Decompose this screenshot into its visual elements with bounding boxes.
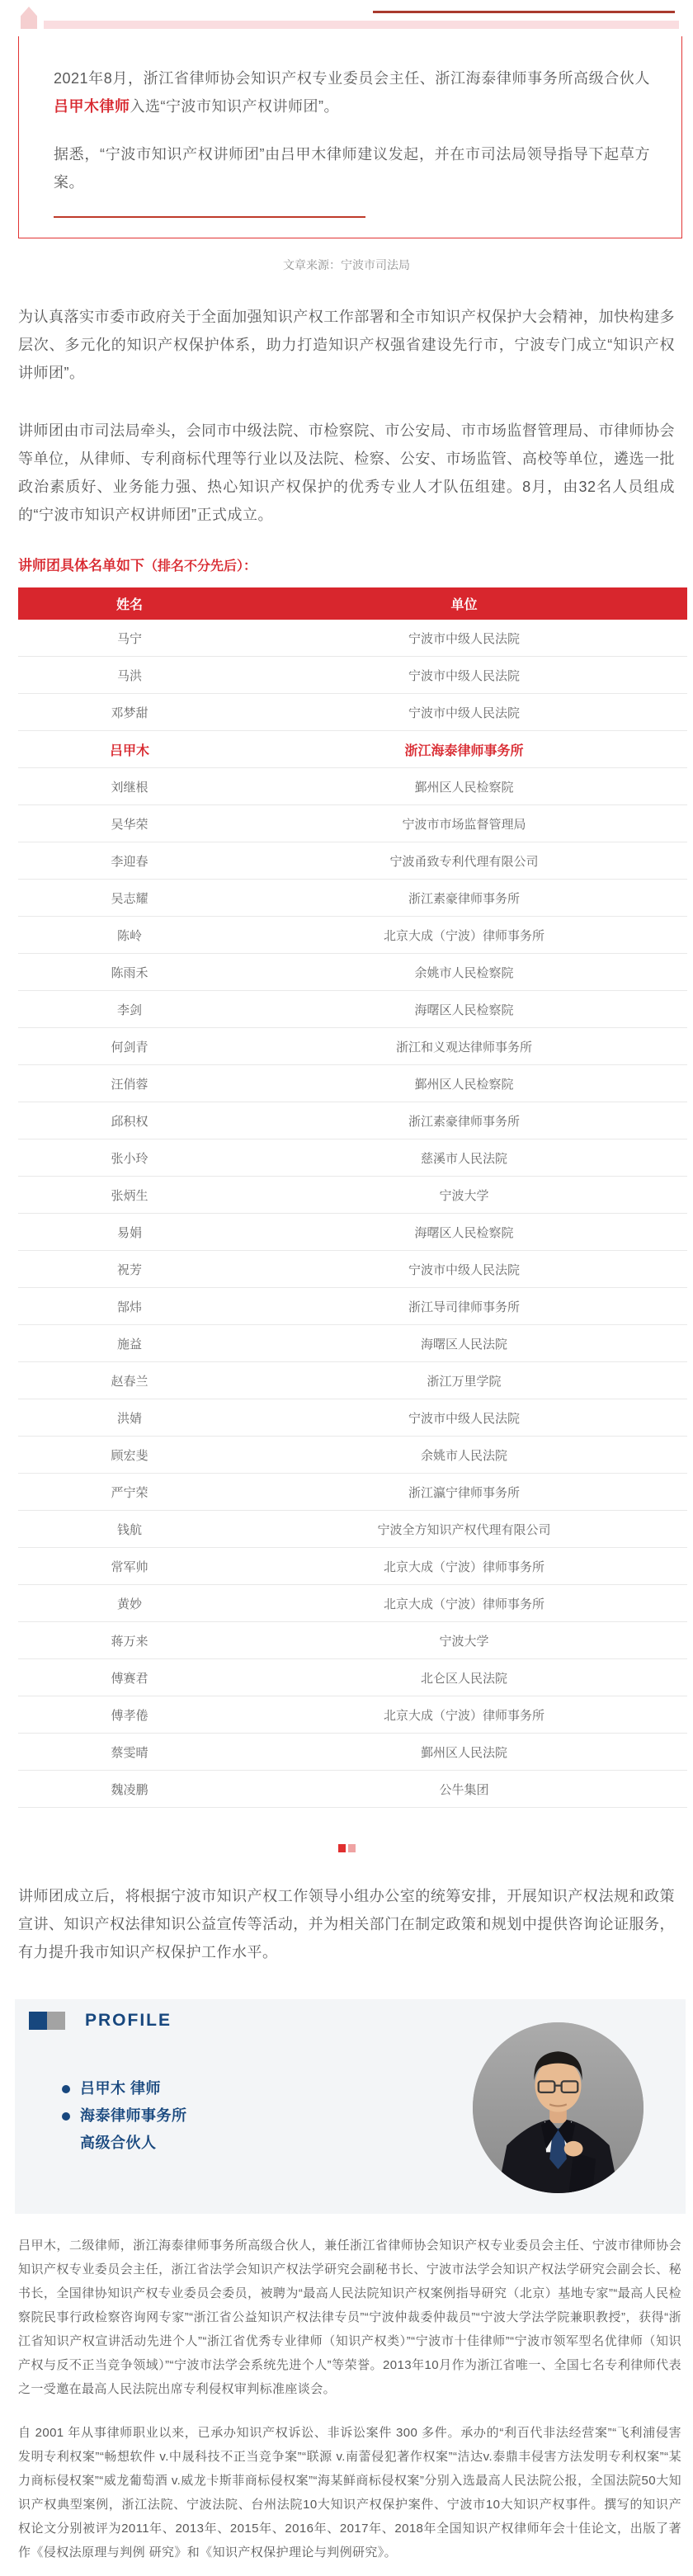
member-org: 宁波市中级人民法院 <box>241 620 687 657</box>
top-pink-bar <box>44 21 679 29</box>
member-name: 顾宏斐 <box>18 1437 241 1474</box>
member-name: 吴华荣 <box>18 805 241 842</box>
table-row: 蒋万来 宁波大学 <box>18 1622 687 1659</box>
col-header-name: 姓名 <box>18 587 241 620</box>
member-name: 易娟 <box>18 1214 241 1251</box>
member-org: 浙江和义观达律师事务所 <box>241 1028 687 1065</box>
article-page: 2021年8月，浙江省律师协会知识产权专业委员会主任、浙江海泰律师事务所高级合伙… <box>0 0 693 2576</box>
quote-p1-prefix: 2021年8月，浙江省律师协会知识产权专业委员会主任、浙江海泰律师事务所高级合伙… <box>54 70 650 87</box>
profile-name-text: 吕甲木 律师 <box>80 2075 161 2102</box>
profile-firm-line: 海泰律师事务所 <box>62 2102 187 2130</box>
profile-header: PROFILE <box>29 2011 172 2031</box>
member-name: 吴志耀 <box>18 880 241 917</box>
profile-info-list: 吕甲木 律师 海泰律师事务所 高级合伙人 <box>62 2075 187 2157</box>
table-row: 李剑 海曙区人民检察院 <box>18 991 687 1028</box>
member-org: 公牛集团 <box>241 1771 687 1808</box>
member-org: 海曙区人民检察院 <box>241 1214 687 1251</box>
table-row: 邓梦甜 宁波市中级人民法院 <box>18 694 687 731</box>
member-name: 蒋万来 <box>18 1622 241 1659</box>
table-row: 易娟 海曙区人民检察院 <box>18 1214 687 1251</box>
arrow-up-icon <box>21 7 37 29</box>
table-row: 严宁荣 浙江瀛宁律师事务所 <box>18 1474 687 1511</box>
table-row: 蔡雯晴 鄞州区人民法院 <box>18 1734 687 1771</box>
member-org: 北仑区人民法院 <box>241 1659 687 1696</box>
member-name: 陈岭 <box>18 917 241 954</box>
member-org: 宁波甬致专利代理有限公司 <box>241 842 687 880</box>
profile-card: PROFILE 吕甲木 律师 海泰律师事务所 高级合伙人 <box>15 1999 686 2214</box>
member-name: 蔡雯晴 <box>18 1734 241 1771</box>
profile-role-line: 高级合伙人 <box>62 2130 187 2157</box>
member-name: 张炳生 <box>18 1177 241 1214</box>
member-name: 魏凌鹏 <box>18 1771 241 1808</box>
top-accent-line <box>373 11 675 13</box>
member-org: 宁波市中级人民法院 <box>241 694 687 731</box>
member-org: 北京大成（宁波）律师事务所 <box>241 917 687 954</box>
highlighted-lawyer-name: 吕甲木律师 <box>54 98 130 115</box>
member-name: 邱积权 <box>18 1102 241 1139</box>
roster-heading-main: 讲师团具体名单如下 <box>18 558 144 573</box>
quote-paragraph-2: 据悉，“宁波市知识产权讲师团”由吕甲木律师建议发起，并在市司法局领导指导下起草方… <box>54 140 650 196</box>
member-org: 北京大成（宁波）律师事务所 <box>241 1585 687 1622</box>
member-org: 浙江素豪律师事务所 <box>241 880 687 917</box>
member-name: 祝芳 <box>18 1251 241 1288</box>
roster-heading-note: （排名不分先后）： <box>144 559 257 573</box>
member-name: 钱航 <box>18 1511 241 1548</box>
table-row: 魏凌鹏 公牛集团 <box>18 1771 687 1808</box>
profile-role-text: 高级合伙人 <box>80 2130 157 2157</box>
table-row: 马洪 宁波市中级人民法院 <box>18 657 687 694</box>
bullet-dot-icon <box>62 2085 70 2093</box>
table-row: 黄妙 北京大成（宁波）律师事务所 <box>18 1585 687 1622</box>
member-org: 北京大成（宁波）律师事务所 <box>241 1548 687 1585</box>
table-row: 吴华荣 宁波市市场监督管理局 <box>18 805 687 842</box>
member-org: 余姚市人民检察院 <box>241 954 687 991</box>
roster-table: 姓名 单位 马宁 宁波市中级人民法院 马洪 宁波市中级人民法院 邓梦甜 宁波市中… <box>18 587 687 1808</box>
member-name: 陈雨禾 <box>18 954 241 991</box>
member-org: 海曙区人民法院 <box>241 1325 687 1362</box>
bullet-dot-icon <box>62 2112 70 2121</box>
profile-photo <box>473 2022 643 2193</box>
table-row: 郜炜 浙江导司律师事务所 <box>18 1288 687 1325</box>
table-row: 洪婧 宁波市中级人民法院 <box>18 1399 687 1437</box>
table-row: 张小玲 慈溪市人民法院 <box>18 1139 687 1177</box>
member-org: 海曙区人民检察院 <box>241 991 687 1028</box>
member-name: 刘继根 <box>18 768 241 805</box>
member-org: 慈溪市人民法院 <box>241 1139 687 1177</box>
table-row: 祝芳 宁波市中级人民法院 <box>18 1251 687 1288</box>
member-name: 傅孝倦 <box>18 1696 241 1734</box>
member-org: 宁波全方知识产权代理有限公司 <box>241 1511 687 1548</box>
member-name: 严宁荣 <box>18 1474 241 1511</box>
roster-heading: 讲师团具体名单如下（排名不分先后）： <box>18 554 675 574</box>
quote-paragraph-1: 2021年8月，浙江省律师协会知识产权专业委员会主任、浙江海泰律师事务所高级合伙… <box>54 64 650 120</box>
intro-paragraph: 为认真落实市委市政府关于全面加强知识产权工作部署和全市知识产权保护大会精神，加快… <box>18 303 675 387</box>
table-row: 刘继根 鄞州区人民检察院 <box>18 768 687 805</box>
member-org: 宁波市中级人民法院 <box>241 657 687 694</box>
member-name: 李剑 <box>18 991 241 1028</box>
col-header-org: 单位 <box>241 587 687 620</box>
member-name: 郜炜 <box>18 1288 241 1325</box>
table-row: 陈雨禾 余姚市人民检察院 <box>18 954 687 991</box>
member-name: 黄妙 <box>18 1585 241 1622</box>
article-source: 文章来源：宁波市司法局 <box>0 257 693 273</box>
quote-decoration <box>0 5 693 36</box>
formation-paragraph: 讲师团由市司法局牵头，会同市中级法院、市检察院、市公安局、市市场监督管理局、市律… <box>18 417 675 529</box>
profile-firm-text: 海泰律师事务所 <box>80 2102 187 2130</box>
profile-name-line: 吕甲木 律师 <box>62 2075 187 2102</box>
table-row: 张炳生 宁波大学 <box>18 1177 687 1214</box>
table-row: 马宁 宁波市中级人民法院 <box>18 620 687 657</box>
navy-square-icon <box>29 2012 47 2030</box>
member-org: 宁波大学 <box>241 1177 687 1214</box>
table-row: 赵春兰 浙江万里学院 <box>18 1362 687 1399</box>
bio-paragraph-2: 自 2001 年从事律师职业以来，已承办知识产权诉讼、非诉讼案件 300 多件。… <box>18 2421 681 2564</box>
member-name: 马宁 <box>18 620 241 657</box>
table-row: 顾宏斐 余姚市人民法院 <box>18 1437 687 1474</box>
table-row: 吴志耀 浙江素豪律师事务所 <box>18 880 687 917</box>
member-name: 傅赛君 <box>18 1659 241 1696</box>
member-org: 鄞州区人民法院 <box>241 1734 687 1771</box>
gray-square-icon <box>47 2012 65 2030</box>
table-row: 傅赛君 北仑区人民法院 <box>18 1659 687 1696</box>
member-org: 宁波大学 <box>241 1622 687 1659</box>
profile-title: PROFILE <box>85 2011 172 2031</box>
table-row: 陈岭 北京大成（宁波）律师事务所 <box>18 917 687 954</box>
table-row: 常军帅 北京大成（宁波）律师事务所 <box>18 1548 687 1585</box>
member-org: 宁波市中级人民法院 <box>241 1251 687 1288</box>
table-row: 施益 海曙区人民法院 <box>18 1325 687 1362</box>
table-header-row: 姓名 单位 <box>18 587 687 620</box>
member-org: 宁波市中级人民法院 <box>241 1399 687 1437</box>
member-org: 浙江导司律师事务所 <box>241 1288 687 1325</box>
table-row: 李迎春 宁波甬致专利代理有限公司 <box>18 842 687 880</box>
member-name: 李迎春 <box>18 842 241 880</box>
member-name: 洪婧 <box>18 1399 241 1437</box>
table-row: 汪俏蓉 鄞州区人民检察院 <box>18 1065 687 1102</box>
member-org: 宁波市市场监督管理局 <box>241 805 687 842</box>
table-row: 傅孝倦 北京大成（宁波）律师事务所 <box>18 1696 687 1734</box>
member-org: 浙江海泰律师事务所 <box>241 731 687 768</box>
section-divider-squares-icon <box>0 1844 693 1852</box>
member-org: 鄞州区人民检察院 <box>241 768 687 805</box>
member-name: 施益 <box>18 1325 241 1362</box>
member-name: 汪俏蓉 <box>18 1065 241 1102</box>
member-org: 余姚市人民法院 <box>241 1437 687 1474</box>
table-row: 邱积权 浙江素豪律师事务所 <box>18 1102 687 1139</box>
member-org: 北京大成（宁波）律师事务所 <box>241 1696 687 1734</box>
member-org: 浙江素豪律师事务所 <box>241 1102 687 1139</box>
member-name: 何剑青 <box>18 1028 241 1065</box>
mission-paragraph: 讲师团成立后，将根据宁波市知识产权工作领导小组办公室的统筹安排，开展知识产权法规… <box>18 1882 675 1966</box>
member-name: 张小玲 <box>18 1139 241 1177</box>
table-row: 吕甲木 浙江海泰律师事务所 <box>18 731 687 768</box>
roster-table-body: 马宁 宁波市中级人民法院 马洪 宁波市中级人民法院 邓梦甜 宁波市中级人民法院 … <box>18 620 687 1808</box>
quote-p1-suffix: 入选“宁波市知识产权讲师团”。 <box>130 98 340 115</box>
member-name: 吕甲木 <box>18 731 241 768</box>
quote-box: 2021年8月，浙江省律师协会知识产权专业委员会主任、浙江海泰律师事务所高级合伙… <box>18 36 682 238</box>
table-row: 何剑青 浙江和义观达律师事务所 <box>18 1028 687 1065</box>
member-name: 赵春兰 <box>18 1362 241 1399</box>
member-name: 邓梦甜 <box>18 694 241 731</box>
member-org: 浙江万里学院 <box>241 1362 687 1399</box>
member-name: 马洪 <box>18 657 241 694</box>
member-org: 浙江瀛宁律师事务所 <box>241 1474 687 1511</box>
member-name: 常军帅 <box>18 1548 241 1585</box>
bio-paragraph-1: 吕甲木，二级律师，浙江海泰律师事务所高级合伙人，兼任浙江省律师协会知识产权专业委… <box>18 2234 681 2401</box>
member-org: 鄞州区人民检察院 <box>241 1065 687 1102</box>
quote-underline <box>54 216 365 218</box>
table-row: 钱航 宁波全方知识产权代理有限公司 <box>18 1511 687 1548</box>
